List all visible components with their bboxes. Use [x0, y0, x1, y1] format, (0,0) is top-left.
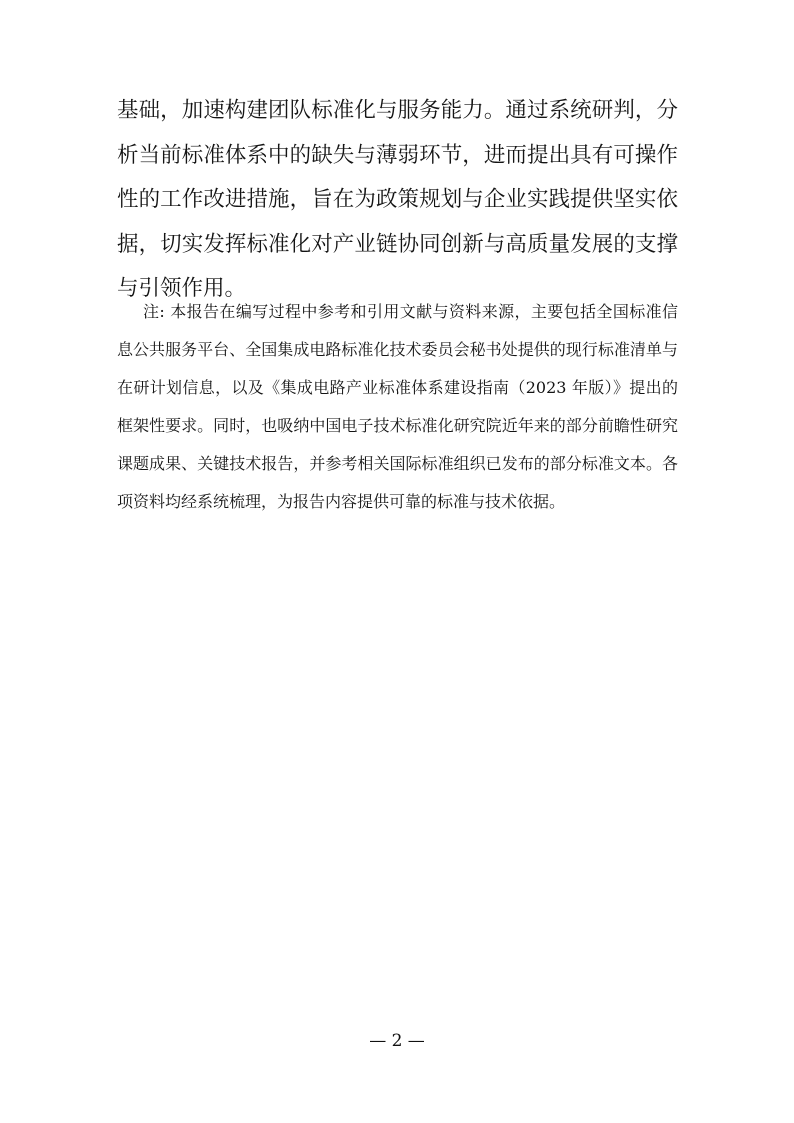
body-paragraph-line: 性的工作改进措施，旨在为政策规划与企业实践提供坚实依 — [117, 178, 678, 223]
body-paragraph: 基础，加速构建团队标准化与服务能力。通过系统研判，分 析当前标准体系中的缺失与薄… — [117, 89, 678, 312]
note-paragraph-line: 课题成果、关键技术报告，并参考相关国际标准组织已发布的部分标准文本。各 — [117, 445, 678, 483]
note-paragraph-line: 项资料均经系统梳理，为报告内容提供可靠的标准与技术依据。 — [117, 483, 678, 521]
note-paragraph-line: 框架性要求。同时，也吸纳中国电子技术标准化研究院近年来的部分前瞻性研究 — [117, 407, 678, 445]
body-paragraph-line: 基础，加速构建团队标准化与服务能力。通过系统研判，分 — [117, 89, 678, 134]
note-paragraph-line: 息公共服务平台、全国集成电路标准化技术委员会秘书处提供的现行标准清单与 — [117, 331, 678, 369]
note-paragraph: 注: 本报告在编写过程中参考和引用文献与资料来源，主要包括全国标准信 息公共服务… — [117, 293, 678, 521]
document-page: 基础，加速构建团队标准化与服务能力。通过系统研判，分 析当前标准体系中的缺失与薄… — [0, 0, 794, 1123]
note-paragraph-line: 注: 本报告在编写过程中参考和引用文献与资料来源，主要包括全国标准信 — [117, 293, 678, 331]
page-number: — 2 — — [0, 1029, 794, 1053]
body-paragraph-line: 析当前标准体系中的缺失与薄弱环节，进而提出具有可操作 — [117, 134, 678, 179]
note-paragraph-line: 在研计划信息，以及《集成电路产业标准体系建设指南（2023 年版）》提出的 — [117, 369, 678, 407]
body-paragraph-line: 据，切实发挥标准化对产业链协同创新与高质量发展的支撑 — [117, 223, 678, 268]
